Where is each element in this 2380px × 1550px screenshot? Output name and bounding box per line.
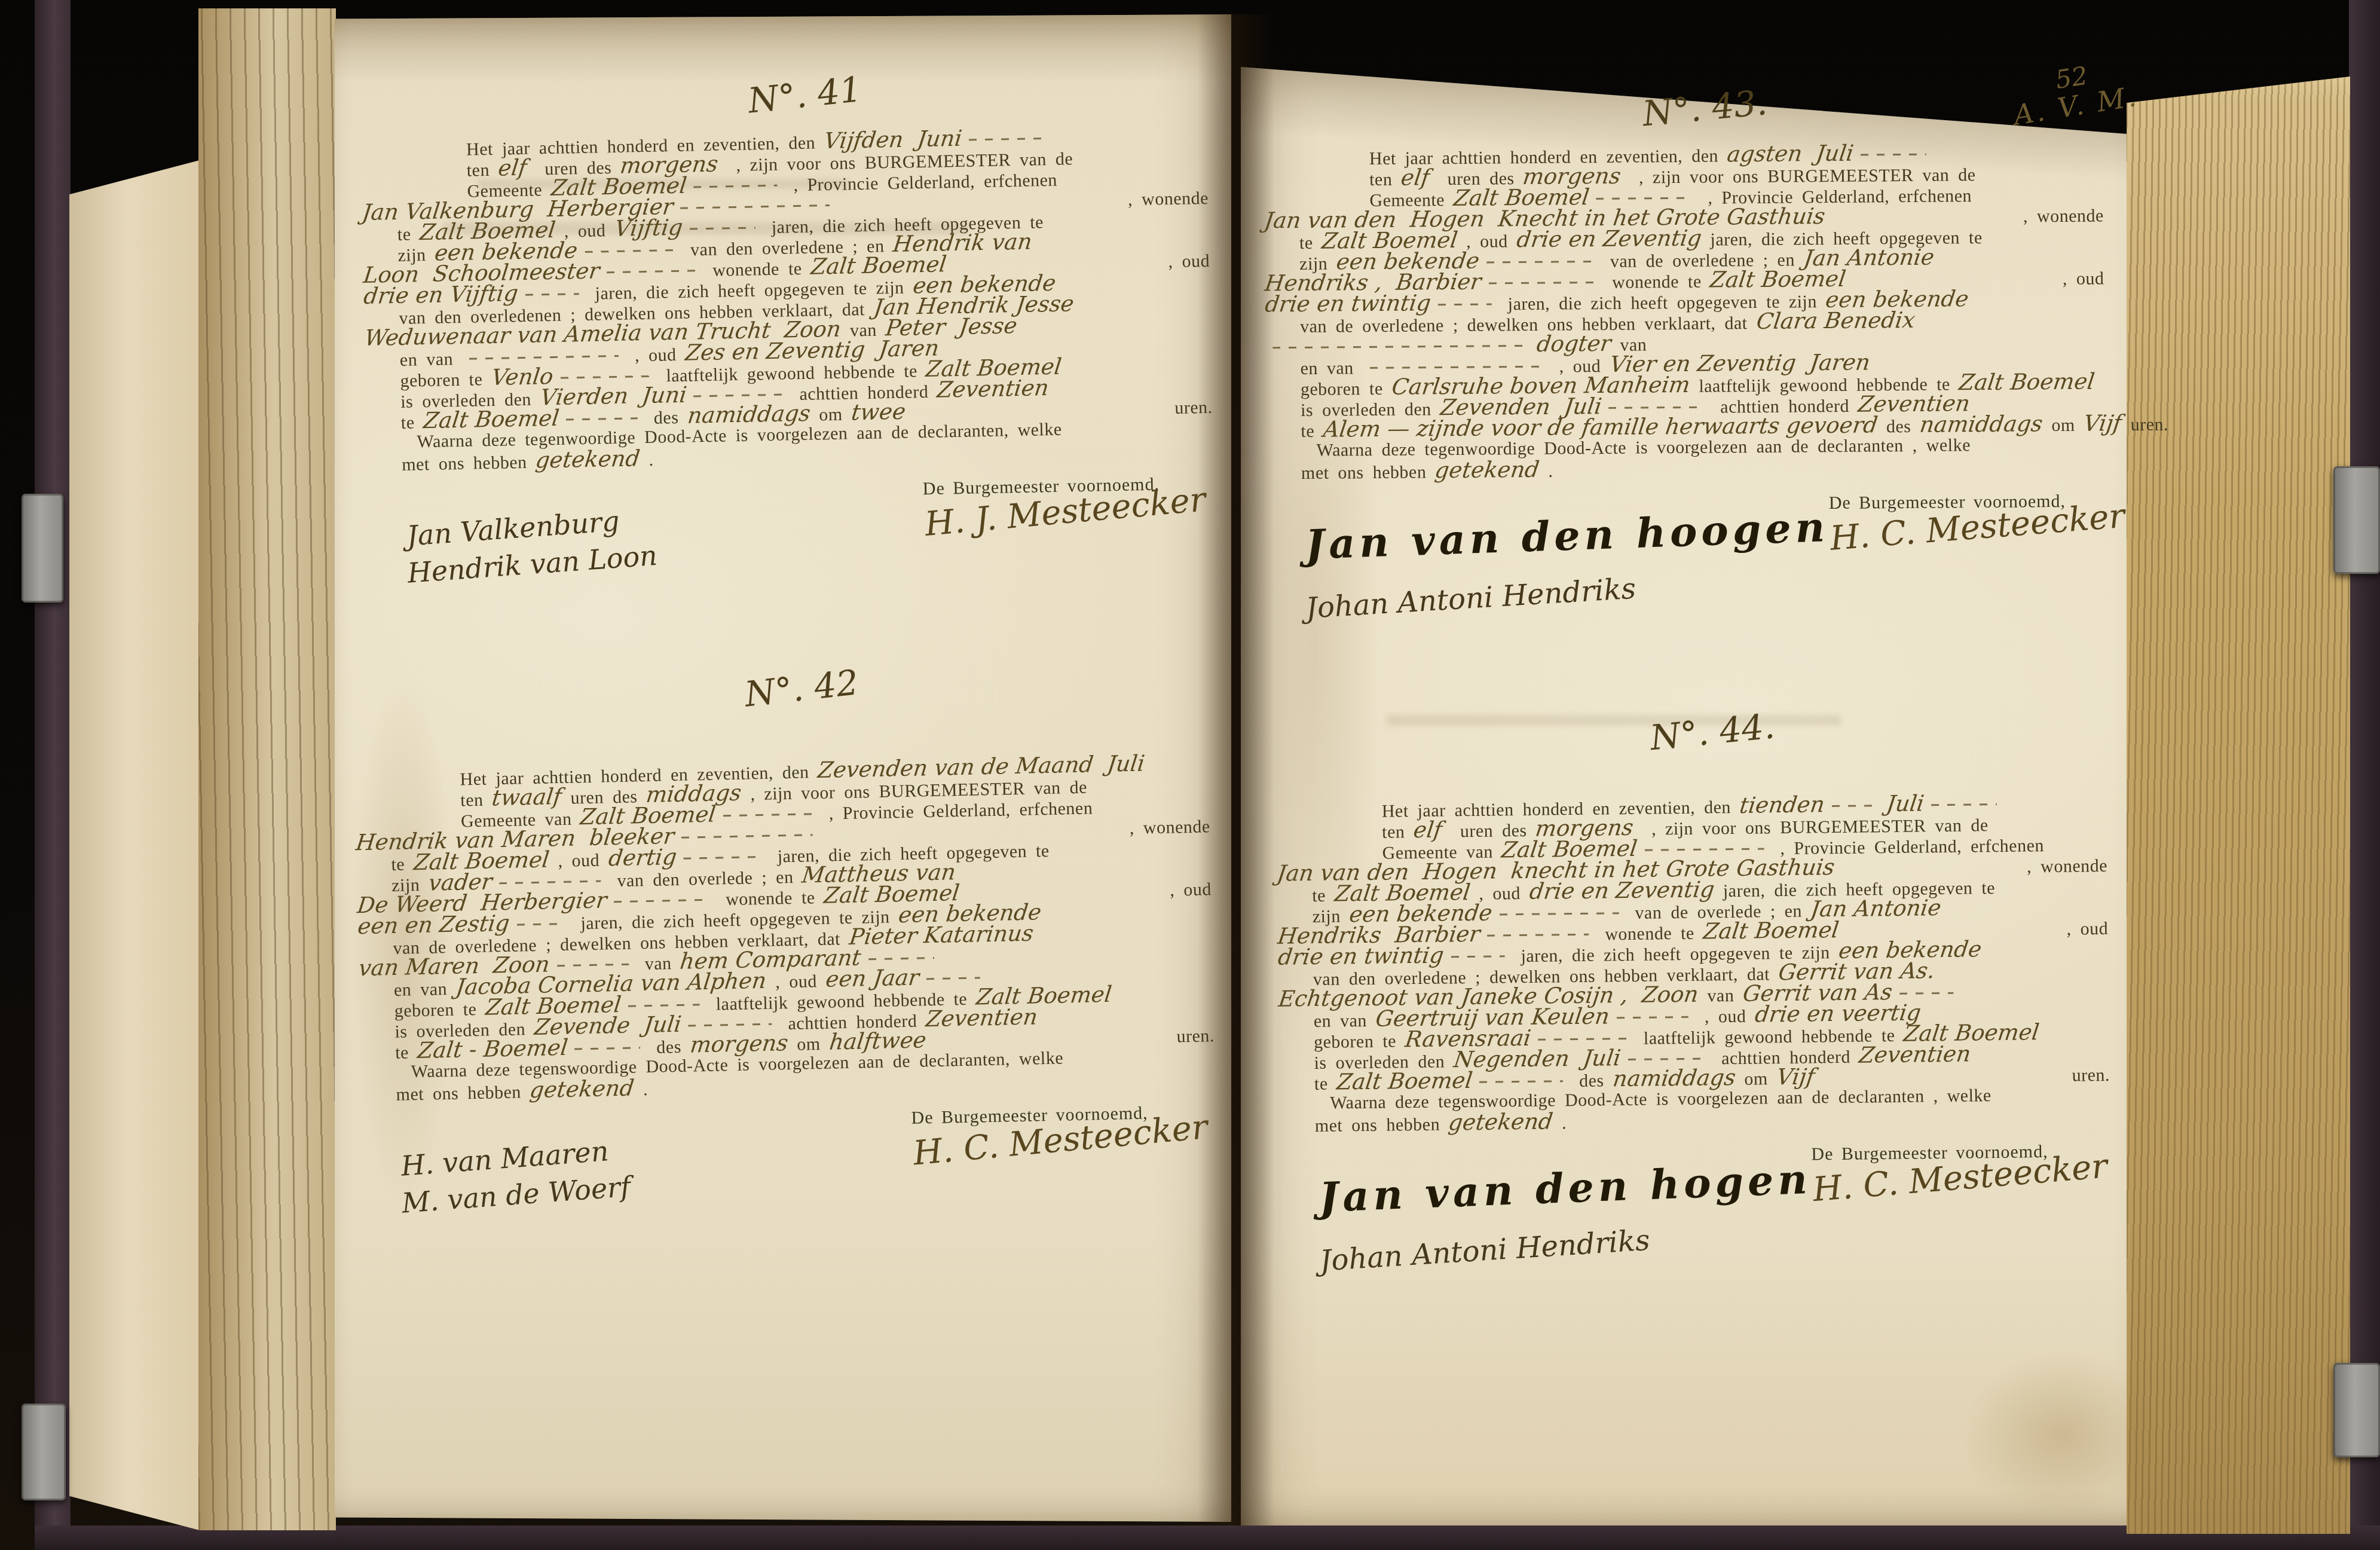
declarant-signature: Jan van den hoogen — [1305, 503, 1830, 569]
record-42: N°. 42Het jaar achttien honderd en zeven… — [387, 659, 1226, 1219]
printed-text: . — [1553, 1112, 1567, 1133]
printed-text: des — [1570, 1070, 1613, 1092]
burgemeester-signature-block: De Burgemeester voornoemd,H. C. Mesteeck… — [1829, 491, 2143, 558]
blank-line-squiggle — [516, 919, 564, 926]
blank-line-squiggle — [614, 895, 709, 903]
handwritten-text: Zeventien — [936, 377, 1050, 401]
handwritten-text: Pieter Katarinus — [848, 922, 1035, 947]
left-page-stack-edges — [198, 8, 336, 1530]
printed-text: , wonende — [2018, 855, 2116, 878]
handwritten-text: dogter — [1535, 333, 1613, 354]
record-line: te Alem — zijnde voor de famille herwaar… — [1301, 412, 2113, 440]
handwritten-text: getekend — [529, 1077, 635, 1100]
handwritten-text: agsten Juli — [1726, 143, 1855, 165]
blank-line-squiggle — [607, 266, 696, 273]
signature-block: Jan ValkenburgHendrik van LoonDe Burgeme… — [402, 473, 1224, 589]
printed-text: te — [1301, 421, 1323, 442]
handwritten-text: Jan Antonie — [1810, 897, 1942, 920]
handwritten-text: Jan Antonie — [1802, 247, 1935, 269]
handwritten-text: elf — [497, 157, 528, 179]
declarant-signature: Jan van den hogen — [1319, 1155, 1812, 1222]
blank-line-squiggle — [560, 372, 650, 379]
printed-text: te — [1312, 885, 1335, 906]
printed-text: te — [397, 224, 420, 245]
handwritten-text: Zalt Boemel — [1709, 268, 1847, 291]
handwritten-text: Vierden Juni — [539, 384, 688, 408]
blank-line-squiggle — [1931, 800, 1997, 806]
printed-text: ten — [1382, 821, 1414, 843]
handwritten-text: Vier en Zeventig Jaren — [1608, 351, 1871, 374]
declarant-signature: Johan Antoni Hendriks — [1305, 560, 1830, 625]
printed-text: uren. — [1167, 1025, 1223, 1047]
handwritten-text: getekend — [534, 448, 641, 470]
printed-text: , zijn voor ons BURGEMEESTER van de — [1621, 164, 1976, 188]
book-clamp — [2333, 466, 2380, 574]
blank-line-squiggle — [868, 953, 934, 960]
blank-line-squiggle — [1488, 278, 1596, 284]
record-body: Het jaar achttien honderd en zeventien, … — [396, 123, 1222, 473]
right-page-fore-edges — [2127, 77, 2350, 1534]
signature-block: H. van MaarenM. van de WoerfDe Burgemees… — [396, 1102, 1226, 1219]
blank-line-squiggle — [1486, 257, 1594, 263]
blank-line-squiggle — [628, 1000, 700, 1007]
book-cover-right-edge — [2349, 0, 2380, 1550]
declarant-signatures: Jan van den hoogenJohan Antoni Hendriks — [1305, 493, 1830, 625]
handwritten-text: Zalt Boemel — [422, 408, 560, 431]
blank-line-squiggle — [469, 351, 619, 360]
printed-text: om — [810, 403, 852, 425]
record-body: Het jaar achttien honderd en zeventien, … — [1311, 791, 2119, 1135]
printed-text: . — [640, 450, 654, 470]
handwritten-text: twaalf — [491, 786, 562, 809]
printed-text: uren. — [1165, 397, 1221, 419]
blank-line-squiggle — [499, 877, 601, 885]
handwritten-text: tienden — [1739, 794, 1826, 816]
blank-line-squiggle — [1628, 1054, 1705, 1060]
book-cover-bottom-edge — [35, 1525, 2380, 1550]
burgemeester-signature-block: De Burgemeester voornoemd,H. C. Mesteeck… — [911, 1102, 1225, 1173]
printed-text: wonende te — [703, 258, 811, 281]
handwritten-text: Vijf — [2082, 412, 2123, 434]
blank-line-squiggle — [1832, 801, 1880, 807]
printed-text: , wonende — [1119, 188, 1217, 210]
blank-line-squiggle — [525, 289, 579, 296]
printed-text: met ons hebben — [402, 452, 536, 475]
handwritten-text: drie en Zeventig — [1515, 228, 1703, 250]
printed-text: uren. — [2063, 1065, 2118, 1086]
blank-line-squiggle — [1538, 1034, 1628, 1041]
printed-text: met ons hebben — [1301, 461, 1436, 484]
blank-line-squiggle — [1272, 341, 1529, 348]
burgemeester-signature-block: De Burgemeester voornoemd,H. J. Mesteeck… — [923, 473, 1223, 545]
handwritten-text: dertig — [607, 846, 678, 869]
blank-line-squiggle — [557, 960, 629, 967]
handwritten-text: Zes en Zeventig Jaren — [684, 338, 940, 363]
blank-line-squiggle — [693, 181, 777, 188]
handwritten-text: getekend — [1448, 1111, 1555, 1133]
printed-text: . — [634, 1079, 648, 1100]
handwritten-text: halftwee — [828, 1029, 927, 1052]
handwritten-text: getekend — [1434, 459, 1541, 481]
printed-text: te — [1314, 1074, 1337, 1095]
handwritten-text: Negenden Juli — [1452, 1047, 1622, 1070]
printed-text: ten — [460, 789, 492, 811]
record-43: N°. 43.Het jaar achttien honderd en zeve… — [1298, 84, 2115, 625]
handwritten-text: drie en veertig — [1754, 1002, 1922, 1025]
blank-line-squiggle — [1861, 150, 1926, 156]
handwritten-text: namiddags — [1919, 413, 2044, 435]
handwritten-text: Juli — [1885, 793, 1925, 814]
printed-text: , wonende — [2014, 205, 2112, 227]
printed-text: wonende te — [717, 887, 824, 910]
handwritten-text: Zeventien — [925, 1006, 1039, 1029]
printed-text: te — [1299, 233, 1322, 253]
book-clamp — [22, 1404, 66, 1500]
printed-text: en van — [394, 979, 457, 1001]
printed-text: ten — [467, 160, 499, 181]
blank-line-squiggle — [1370, 362, 1543, 369]
blank-line-squiggle — [1596, 194, 1691, 200]
flyleaf-page — [69, 160, 200, 1530]
blank-line-squiggle — [1899, 989, 1953, 995]
handwritten-text: Zalt Boemel — [1702, 919, 1840, 942]
handwritten-text: Alem — zijnde voor de famille herwaarts … — [1322, 414, 1879, 439]
handwritten-text: drie en Vijftig — [363, 283, 519, 307]
printed-text: om — [788, 1034, 830, 1055]
burgemeester-signature-block: De Burgemeester voornoemd,H. C. Mesteeck… — [1811, 1141, 2125, 1210]
printed-text: uren. — [2122, 414, 2177, 435]
handwritten-text: morgens — [689, 1032, 790, 1056]
handwritten-text: Hendrik van — [892, 231, 1033, 255]
printed-text: om — [1735, 1068, 1777, 1090]
printed-text: wonende te — [1603, 271, 1711, 293]
printed-text: en van — [1301, 357, 1363, 379]
printed-text: des — [647, 1037, 690, 1058]
handwritten-text: Vijftig — [613, 217, 684, 239]
printed-text: geboren te — [394, 999, 485, 1022]
blank-line-squiggle — [684, 852, 761, 860]
blank-line-squiggle — [1608, 403, 1704, 409]
handwritten-text: Zalt - Boemel — [417, 1037, 569, 1061]
blank-line-squiggle — [680, 201, 830, 209]
printed-text: van de overledene ; dewelken ons hebben … — [1300, 313, 1757, 337]
handwritten-text: elf — [1400, 167, 1431, 188]
printed-text: van — [1698, 985, 1743, 1007]
printed-text: des — [645, 407, 688, 429]
printed-text: , oud — [1159, 250, 1218, 273]
handwritten-text: een Jaar — [825, 967, 920, 989]
printed-text: , oud — [766, 971, 826, 993]
blank-line-squiggle — [566, 414, 638, 420]
printed-text: , wonende — [1120, 816, 1218, 839]
printed-text: te — [395, 1042, 418, 1063]
handwritten-text: elf — [1412, 819, 1443, 840]
handwritten-text: drie en twintig — [1277, 944, 1445, 967]
printed-text: , oud — [1696, 1006, 1755, 1028]
record-44: N°. 44.Het jaar achttien honderd en zeve… — [1310, 707, 2121, 1278]
declarant-signatures: H. van MaarenM. van de Woerf — [400, 1114, 631, 1219]
blank-line-squiggle — [1499, 909, 1619, 915]
printed-text: te — [391, 854, 414, 875]
record-body: Het jaar achttien honderd en zeventien, … — [389, 751, 1223, 1103]
book-clamp — [22, 494, 63, 603]
handwritten-text: Zeventien — [1858, 1043, 1972, 1065]
handwritten-text: drie en Zeventig — [1528, 879, 1715, 902]
printed-text: te — [401, 412, 424, 433]
blank-line-squiggle — [1644, 844, 1764, 851]
handwritten-text: Zevende Juli — [533, 1014, 683, 1038]
blank-line-squiggle — [1451, 952, 1504, 958]
blank-line-squiggle — [926, 973, 980, 980]
declarant-signatures: Jan ValkenburgHendrik van Loon — [406, 484, 658, 589]
handwritten-text: Zalt Boemel — [1335, 1070, 1473, 1093]
handwritten-text: Vijf — [1775, 1066, 1816, 1087]
printed-text: des — [1877, 416, 1920, 438]
blank-line-squiggle — [969, 134, 1047, 140]
printed-text: wonende te — [1596, 923, 1703, 945]
printed-text: , oud — [2057, 918, 2116, 940]
blank-line-squiggle — [1617, 1013, 1688, 1019]
blank-line-squiggle — [681, 830, 813, 839]
blank-line-squiggle — [585, 246, 674, 253]
printed-text: , oud — [1161, 879, 1220, 901]
printed-text: . — [1539, 461, 1553, 482]
blank-line-squiggle — [693, 390, 783, 398]
printed-text: met ons hebben — [396, 1081, 530, 1105]
handwritten-text: Peter Jesse — [885, 315, 1018, 338]
printed-text: , oud — [2054, 268, 2113, 289]
handwritten-text: namiddags — [686, 403, 811, 426]
handwritten-text: Zalt Boemel — [1958, 371, 2096, 393]
printed-text: en van — [400, 348, 463, 371]
signature-block: Jan van den hoogenJohan Antoni HendriksD… — [1301, 491, 2115, 625]
signature-block: Jan van den hogenJohan Antoni HendriksDe… — [1315, 1141, 2120, 1278]
handwritten-text: Clara Benedix — [1755, 310, 1916, 332]
handwritten-text: drie en twintig — [1264, 292, 1432, 314]
blank-line-squiggle — [1487, 930, 1589, 937]
book-cover-left-edge — [35, 0, 71, 1550]
printed-text: met ons hebben — [1315, 1114, 1449, 1136]
handwritten-text: twee — [850, 401, 907, 423]
book-clamp — [2333, 1363, 2380, 1457]
blank-line-squiggle — [723, 809, 813, 817]
handwritten-text: Zalt Boemel — [975, 984, 1113, 1008]
blank-line-squiggle — [1438, 299, 1492, 305]
printed-text: geboren te — [1301, 378, 1392, 400]
printed-text: om — [2042, 415, 2084, 436]
handwritten-text: een en Zestig — [357, 913, 511, 937]
declarant-signatures: Jan van den hogenJohan Antoni Hendriks — [1319, 1145, 1812, 1278]
printed-text: en van — [1314, 1010, 1376, 1032]
register-book-scan: 52 A. V. M. N°. 41Het jaar achttien hond… — [0, 0, 2380, 1550]
printed-text: ten — [1369, 169, 1401, 190]
blank-line-squiggle — [1479, 1077, 1563, 1083]
handwritten-text: Vijfden Juni — [823, 128, 963, 152]
printed-text: , oud — [626, 344, 686, 366]
blank-line-squiggle — [574, 1043, 640, 1050]
handwritten-text: namiddags — [1611, 1067, 1736, 1089]
record-body: Het jaar achttien honderd en zeventien, … — [1299, 140, 2114, 482]
printed-text: geboren te — [1314, 1031, 1405, 1053]
handwritten-text: Zevenden van de Maand Juli — [816, 753, 1146, 781]
blank-line-squiggle — [690, 223, 755, 230]
declarant-signature: Johan Antoni Hendriks — [1319, 1213, 1813, 1277]
printed-text: , oud — [549, 849, 608, 872]
printed-text: geboren te — [400, 369, 491, 392]
blank-line-squiggle — [688, 1020, 772, 1027]
record-41: N°. 41Het jaar achttien honderd en zeven… — [394, 67, 1224, 589]
